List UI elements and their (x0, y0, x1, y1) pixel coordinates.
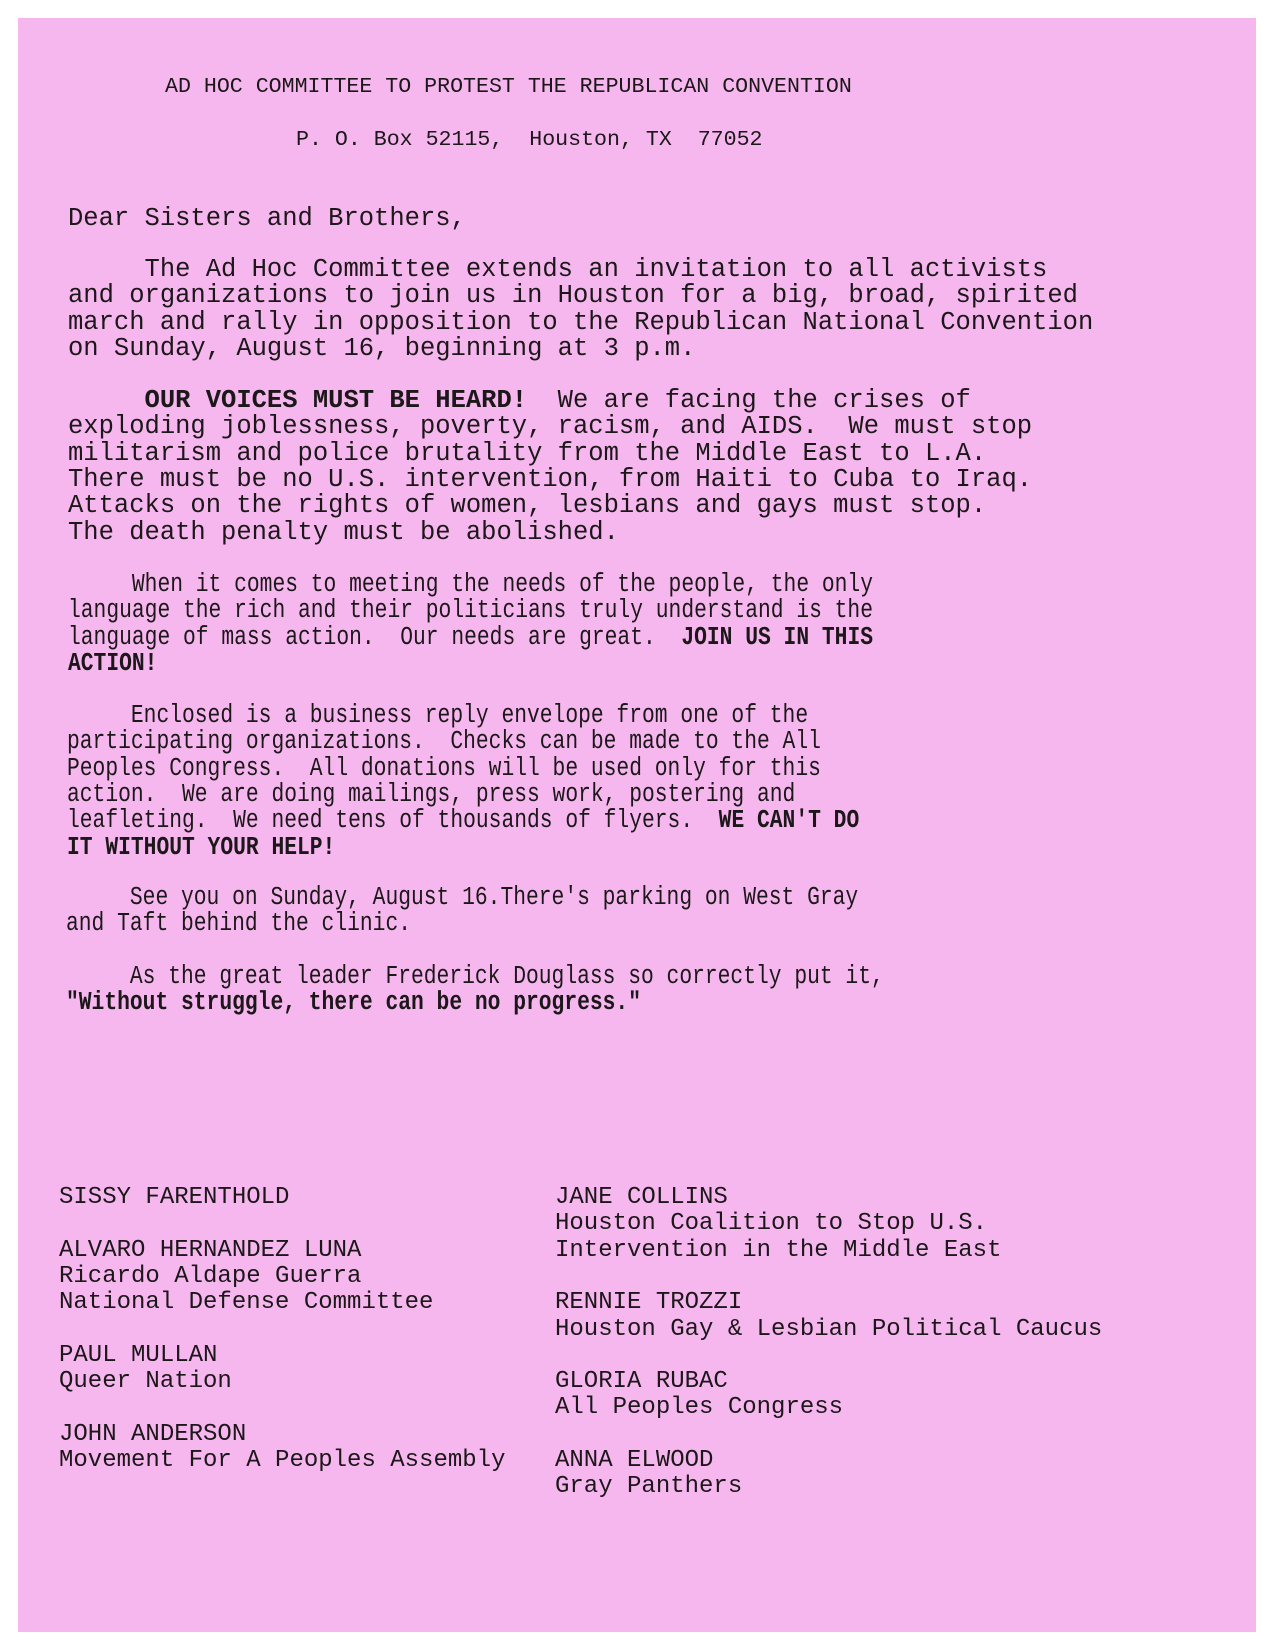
text-line: militarism and police brutality from the… (68, 441, 986, 467)
emphasis-text: WE CAN'T DO (719, 806, 860, 835)
text-line: The Ad Hoc Committee extends an invitati… (68, 257, 1047, 283)
emphasis-text: IT WITHOUT YOUR HELP! (67, 833, 335, 862)
signatory-name: JOHN ANDERSON (59, 1422, 246, 1448)
text-run: The death penalty must be abolished. (68, 518, 619, 547)
emphasis-text: OUR VOICES MUST BE HEARD! (145, 386, 528, 415)
text-run: language the rich and their politicians … (68, 596, 873, 625)
signatory-name: ANNA ELWOOD (555, 1448, 713, 1474)
signatory-affiliation: Gray Panthers (555, 1474, 742, 1500)
signatory-affiliation: All Peoples Congress (555, 1395, 843, 1421)
text-run: on Sunday, August 16, beginning at 3 p.m… (68, 334, 695, 363)
signatory-name: PAUL MULLAN (59, 1343, 217, 1369)
text-run: There must be no U.S. intervention, from… (68, 465, 1032, 494)
text-line: exploding joblessness, poverty, racism, … (68, 414, 1032, 440)
signatory-affiliation: Houston Gay & Lesbian Political Caucus (555, 1317, 1102, 1343)
signatory-name: ALVARO HERNANDEZ LUNA (59, 1238, 361, 1264)
text-line: As the great leader Frederick Douglass s… (66, 964, 884, 990)
text-run (68, 386, 145, 415)
emphasis-text: "Without struggle, there can be no progr… (66, 988, 641, 1017)
text-run: militarism and police brutality from the… (68, 439, 986, 468)
text-run: The Ad Hoc Committee extends an invitati… (68, 255, 1047, 284)
text-line: and organizations to join us in Houston … (68, 283, 1078, 309)
signatory-affiliation: Queer Nation (59, 1369, 232, 1395)
text-line: "Without struggle, there can be no progr… (66, 990, 641, 1016)
text-line: on Sunday, August 16, beginning at 3 p.m… (68, 336, 695, 362)
text-run: action. We are doing mailings, press wor… (67, 780, 795, 809)
signatory-name: JANE COLLINS (555, 1185, 728, 1211)
text-line: language the rich and their politicians … (68, 598, 873, 624)
text-run: When it comes to meeting the needs of th… (68, 570, 873, 599)
text-line: action. We are doing mailings, press wor… (67, 782, 795, 808)
text-line: There must be no U.S. intervention, from… (68, 467, 1032, 493)
text-run: participating organizations. Checks can … (67, 727, 821, 756)
signatory-affiliation: Intervention in the Middle East (555, 1238, 1001, 1264)
text-line: participating organizations. Checks can … (67, 729, 821, 755)
text-run: and Taft behind the clinic. (66, 909, 411, 938)
text-line: IT WITHOUT YOUR HELP! (67, 835, 335, 861)
salutation: Dear Sisters and Brothers, (68, 206, 466, 232)
text-run: See you on Sunday, August 16.There's par… (66, 883, 858, 912)
emphasis-text: ACTION! (68, 649, 157, 678)
signatory-affiliation: Movement For A Peoples Assembly (59, 1448, 505, 1474)
text-run: language of mass action. Our needs are g… (68, 623, 681, 652)
text-line: Enclosed is a business reply envelope fr… (67, 703, 808, 729)
text-run: and organizations to join us in Houston … (68, 281, 1078, 310)
signatory-name: SISSY FARENTHOLD (59, 1185, 289, 1211)
text-line: march and rally in opposition to the Rep… (68, 310, 1093, 336)
text-line: The death penalty must be abolished. (68, 520, 619, 546)
signatory-name: GLORIA RUBAC (555, 1369, 728, 1395)
signatory-affiliation: Houston Coalition to Stop U.S. (555, 1211, 987, 1237)
signatory-affiliation: National Defense Committee (59, 1290, 433, 1316)
text-run: Attacks on the rights of women, lesbians… (68, 491, 986, 520)
text-run: exploding joblessness, poverty, racism, … (68, 412, 1032, 441)
text-line: language of mass action. Our needs are g… (68, 625, 873, 651)
text-line: leafleting. We need tens of thousands of… (67, 808, 859, 834)
text-run: Peoples Congress. All donations will be … (67, 754, 821, 783)
text-run: We are facing the crises of (527, 386, 971, 415)
emphasis-text: JOIN US IN THIS (681, 623, 873, 652)
committee-address: P. O. Box 52115, Houston, TX 77052 (296, 127, 763, 153)
text-run: leafleting. We need tens of thousands of… (67, 806, 719, 835)
text-run: Enclosed is a business reply envelope fr… (67, 701, 808, 730)
text-line: ACTION! (68, 651, 157, 677)
text-line: Peoples Congress. All donations will be … (67, 756, 821, 782)
text-line: See you on Sunday, August 16.There's par… (66, 885, 858, 911)
signatory-affiliation: Ricardo Aldape Guerra (59, 1264, 361, 1290)
signatory-name: RENNIE TROZZI (555, 1290, 742, 1316)
text-line: Attacks on the rights of women, lesbians… (68, 493, 986, 519)
text-run: As the great leader Frederick Douglass s… (66, 962, 884, 991)
text-line: and Taft behind the clinic. (66, 911, 411, 937)
text-line: OUR VOICES MUST BE HEARD! We are facing … (68, 388, 971, 414)
text-line: When it comes to meeting the needs of th… (68, 572, 873, 598)
committee-title: AD HOC COMMITTEE TO PROTEST THE REPUBLIC… (165, 74, 852, 100)
text-run: march and rally in opposition to the Rep… (68, 308, 1093, 337)
